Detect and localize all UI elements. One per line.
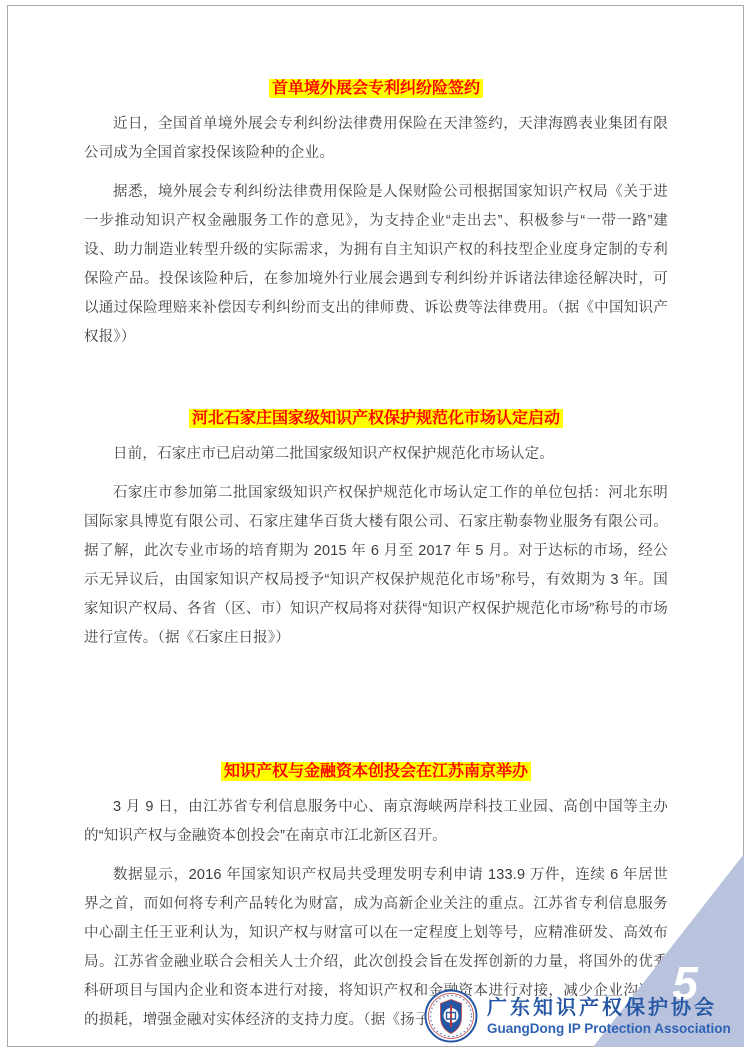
footer: 广东知识产权保护协会 GuangDong IP Protection Assoc…	[424, 989, 731, 1043]
org-name-en: GuangDong IP Protection Association	[487, 1020, 731, 1037]
article-1-paragraph-2: 据悉，境外展会专利纠纷法律费用保险是人保财险公司根据国家知识产权局《关于进一步推…	[84, 178, 668, 352]
article-2: 河北石家庄国家级知识产权保护规范化市场认定启动 日前，石家庄市已启动第二批国家级…	[84, 408, 668, 653]
article-1-paragraph-1: 近日，全国首单境外展会专利纠纷法律费用保险在天津签约，天津海鸥表业集团有限公司成…	[84, 110, 668, 168]
page-content: 首单境外展会专利纠纷险签约 近日，全国首单境外展会专利纠纷法律费用保险在天津签约…	[84, 78, 668, 1035]
org-name-cn: 广东知识产权保护协会	[487, 996, 731, 1020]
article-2-paragraph-1: 日前，石家庄市已启动第二批国家级知识产权保护规范化市场认定。	[84, 440, 668, 469]
document-page: 首单境外展会专利纠纷险签约 近日，全国首单境外展会专利纠纷法律费用保险在天津签约…	[0, 0, 750, 1056]
article-2-paragraph-2: 石家庄市参加第二批国家级知识产权保护规范化市场认定工作的单位包括：河北东明国际家…	[84, 479, 668, 653]
association-seal-icon	[424, 989, 478, 1043]
article-2-title: 河北石家庄国家级知识产权保护规范化市场认定启动	[84, 408, 668, 430]
org-name-block: 广东知识产权保护协会 GuangDong IP Protection Assoc…	[487, 996, 731, 1037]
article-1-title: 首单境外展会专利纠纷险签约	[84, 78, 668, 100]
article-3-title-highlight: 知识产权与金融资本创投会在江苏南京举办	[221, 762, 531, 781]
article-1: 首单境外展会专利纠纷险签约 近日，全国首单境外展会专利纠纷法律费用保险在天津签约…	[84, 78, 668, 352]
article-3-paragraph-1: 3 月 9 日，由江苏省专利信息服务中心、南京海峡两岸科技工业园、高创中国等主办…	[84, 793, 668, 851]
article-3-title: 知识产权与金融资本创投会在江苏南京举办	[84, 761, 668, 783]
article-2-title-highlight: 河北石家庄国家级知识产权保护规范化市场认定启动	[189, 409, 563, 428]
article-1-title-highlight: 首单境外展会专利纠纷险签约	[269, 79, 483, 98]
